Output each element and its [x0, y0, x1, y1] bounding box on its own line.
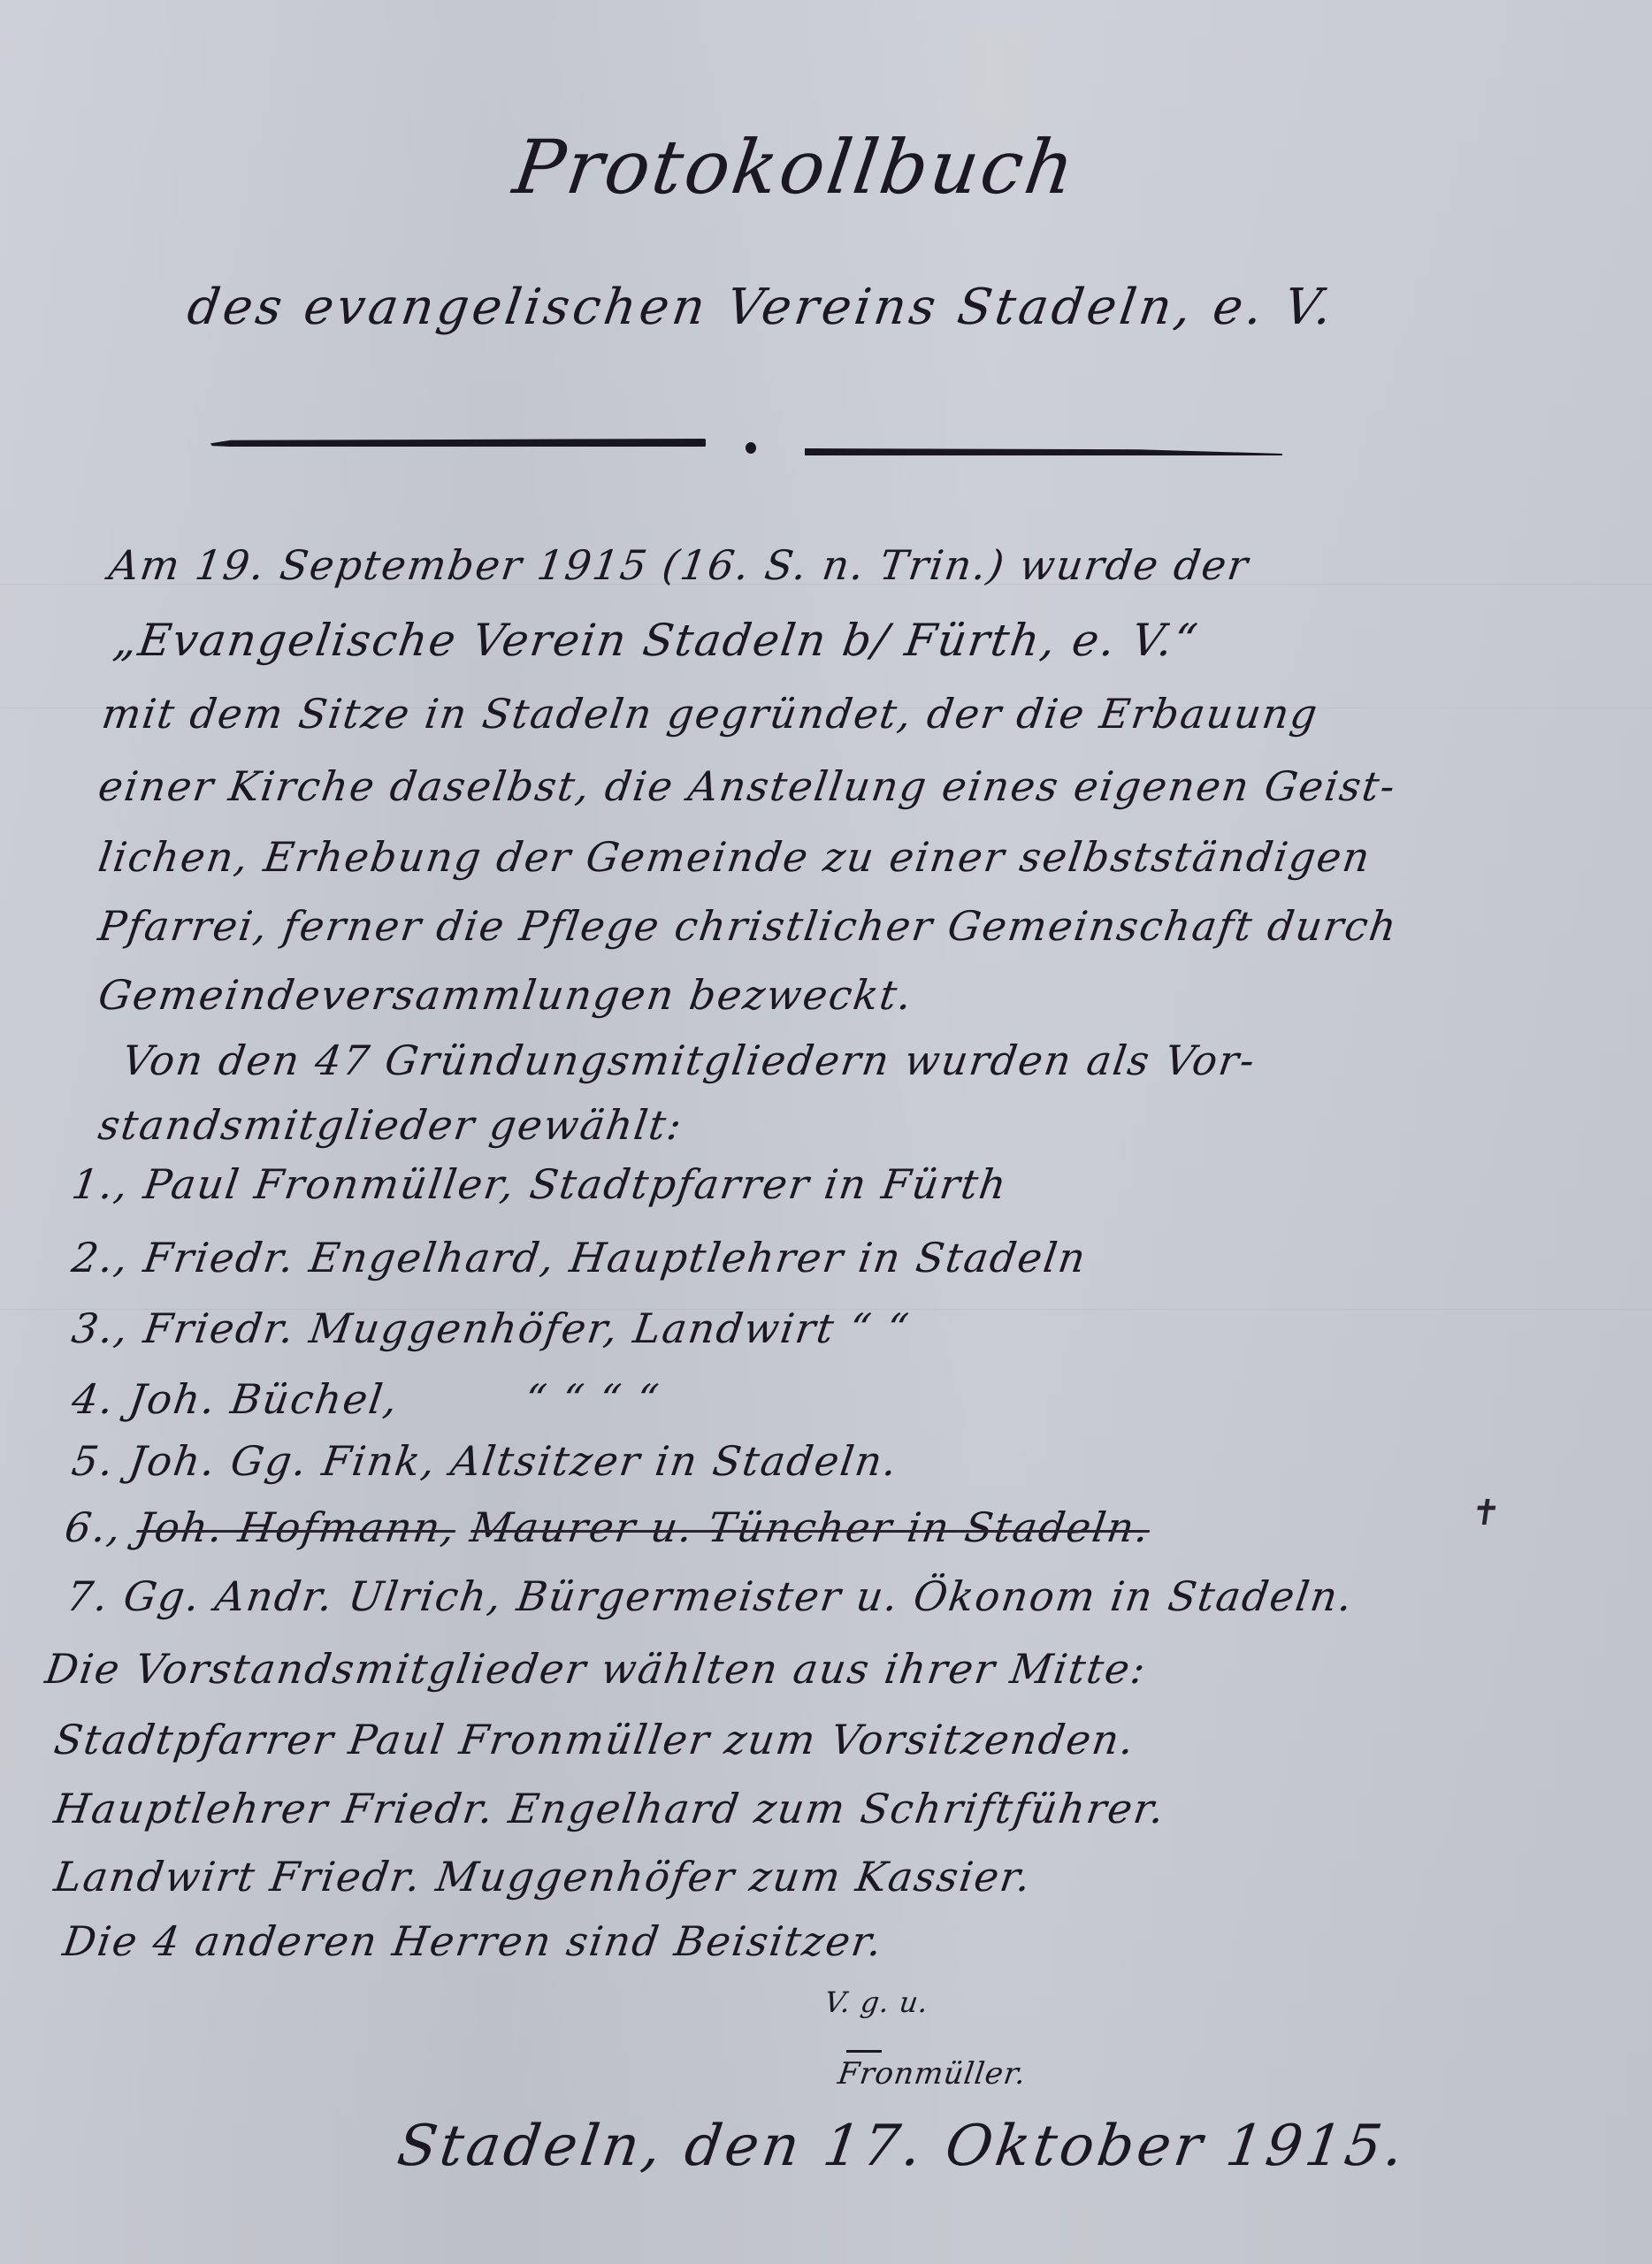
officer-line-secretary: Hauptlehrer Friedr. Engelhard zum Schrif…: [51, 1785, 1168, 1832]
member-name-struck: Joh. Hofmann,: [134, 1503, 459, 1551]
member-name: Joh. Gg. Fink,: [126, 1437, 440, 1485]
member-role: Hauptlehrer in Stadeln: [567, 1234, 1090, 1281]
member-name: Joh. Büchel,: [126, 1375, 402, 1423]
place-and-date: Stadeln, den 17. Oktober 1915.: [394, 2114, 1411, 2179]
ornamental-rule-left: [210, 439, 706, 447]
signoff-abbreviation: V. g. u.: [822, 1985, 931, 2019]
signature: Fronmüller.: [836, 2056, 1029, 2092]
body-line: mit dem Sitze in Stadeln gegründet, der …: [99, 690, 1322, 738]
member-number: 3.,: [69, 1304, 133, 1352]
member-role: Stadtpfarrer in Fürth: [527, 1160, 1011, 1208]
member-name: Gg. Andr. Ulrich,: [121, 1572, 507, 1620]
member-number: 7.: [64, 1572, 112, 1620]
cross-mark-icon: ✝: [1468, 1493, 1504, 1534]
member-number: 5.: [69, 1437, 118, 1485]
protocol-page: Protokollbuch des evangelischen Vereins …: [0, 0, 1652, 2264]
body-line-association-name: „Evangelische Verein Stadeln b/ Fürth, e…: [111, 615, 1202, 666]
officer-line-treasurer: Landwirt Friedr. Muggenhöfer zum Kassier…: [51, 1853, 1036, 1901]
member-number: 1.,: [69, 1160, 133, 1208]
body-line: Am 19. September 1915 (16. S. n. Trin.) …: [106, 541, 1252, 589]
signature-flourish: [846, 2050, 882, 2053]
document-subtitle: des evangelischen Vereins Stadeln, e. V.: [184, 279, 1339, 336]
member-row: 4. Joh. Büchel, “ “ “ “: [69, 1375, 663, 1423]
member-row: 3., Friedr. Muggenhöfer, Landwirt “ “: [69, 1304, 913, 1352]
member-name: Friedr. Engelhard,: [141, 1234, 559, 1281]
member-number: 2.,: [69, 1234, 133, 1281]
member-role: Bürgermeister u. Ökonom in Stadeln.: [514, 1572, 1357, 1620]
member-name: Paul Fronmüller,: [141, 1160, 519, 1208]
member-role: Altsitzer in Stadeln.: [447, 1437, 901, 1485]
member-number: 4.: [69, 1375, 118, 1423]
body-line: einer Kirche daselbst, die Anstellung ei…: [96, 762, 1399, 810]
body-line: Pfarrei, ferner die Pflege christlicher …: [96, 902, 1401, 950]
body-line: Von den 47 Gründungsmitgliedern wurden a…: [119, 1036, 1259, 1084]
member-name: Friedr. Muggenhöfer,: [141, 1304, 623, 1352]
member-role: “ “ “ “: [522, 1375, 663, 1423]
member-role-struck: Maurer u. Tüncher in Stadeln.: [468, 1503, 1154, 1551]
officer-line-chair: Stadtpfarrer Paul Fronmüller zum Vorsitz…: [51, 1716, 1138, 1763]
body-line: Gemeindeversammlungen bezweckt.: [96, 971, 916, 1019]
member-role: Landwirt “ “: [631, 1304, 913, 1352]
member-row-struck: 6., Joh. Hofmann, Maurer u. Tüncher in S…: [62, 1503, 1153, 1551]
officers-closing: Die 4 anderen Herren sind Beisitzer.: [60, 1917, 886, 1965]
body-line: lichen, Erhebung der Gemeinde zu einer s…: [96, 833, 1374, 881]
officers-intro: Die Vorstandsmitglieder wählten aus ihre…: [42, 1645, 1150, 1693]
member-row: 2., Friedr. Engelhard, Hauptlehrer in St…: [69, 1234, 1090, 1281]
body-line: standsmitglieder gewählt:: [96, 1101, 686, 1149]
member-number: 6.,: [62, 1503, 126, 1551]
member-row: 5. Joh. Gg. Fink, Altsitzer in Stadeln.: [69, 1437, 901, 1485]
member-row: 1., Paul Fronmüller, Stadtpfarrer in Für…: [69, 1160, 1011, 1208]
ornamental-rule-right: [805, 448, 1282, 455]
member-row: 7. Gg. Andr. Ulrich, Bürgermeister u. Ök…: [64, 1572, 1357, 1620]
document-title: Protokollbuch: [509, 124, 1082, 210]
ornamental-rule-dot: [746, 442, 756, 454]
